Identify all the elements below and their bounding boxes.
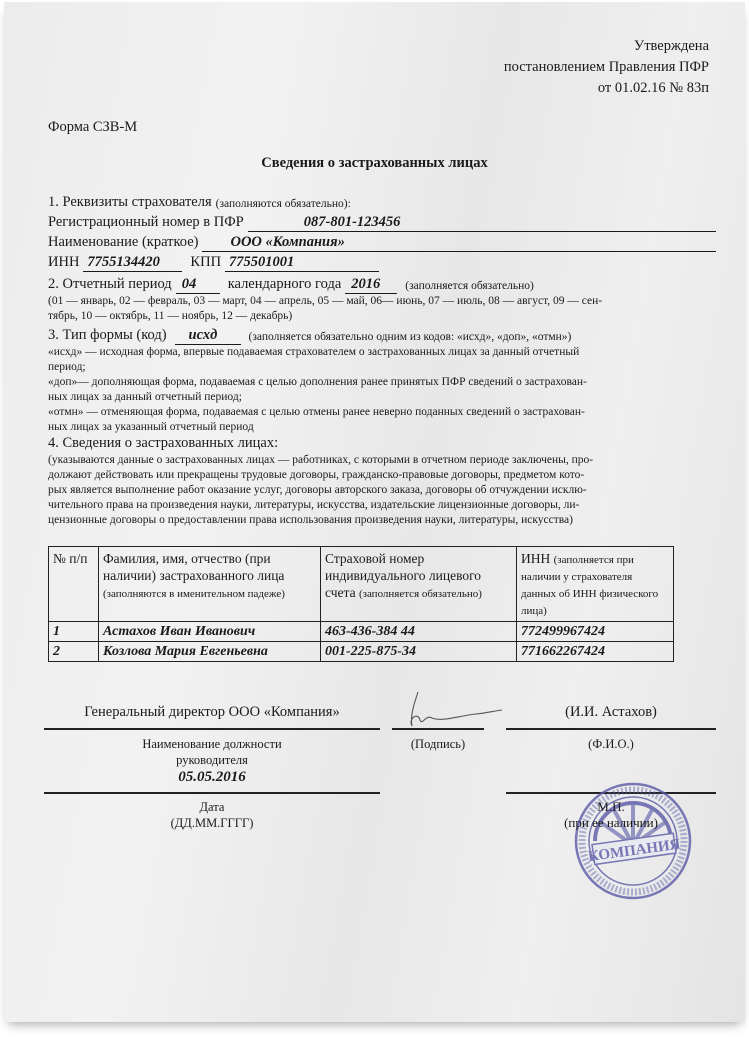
year-field[interactable]: 2016 (345, 276, 397, 294)
fio-caption: (Ф.И.О.) (506, 736, 716, 752)
fio-line (506, 728, 716, 730)
section-insurer-details: 1. Реквизиты страхователя (заполняются о… (48, 192, 716, 272)
period-note: (заполняется обязательно) (405, 279, 534, 294)
section1-note: (заполняются обязательно): (216, 197, 351, 212)
approval-line: Утверждена (504, 36, 709, 57)
table-header-row: № п/п Фамилия, имя, отчество (при наличи… (49, 547, 674, 622)
form-type-desc-line: ных лицах за данный отчетный период; (48, 390, 716, 405)
section4-desc-line: (указываются данные о застрахованных лиц… (48, 453, 716, 468)
form-type-desc-line: ных лицах за указанный отчетный период (48, 420, 716, 435)
cell-inn[interactable]: 772499967424 (517, 622, 674, 642)
form-type-desc-line: период; (48, 360, 716, 375)
year-label: календарного года (228, 275, 342, 294)
document-title: Сведения о застрахованных лицах (4, 155, 745, 172)
form-type-label: 3. Тип формы (код) (48, 326, 167, 345)
section4-desc-line: чительного права на произведения науки, … (48, 498, 716, 513)
col-header-snils: Страховой номер индивидуального лицевого… (321, 547, 517, 622)
reg-number-label: Регистрационный номер в ПФР (48, 213, 244, 232)
position-line (44, 728, 380, 730)
section4-desc-line: должают действовать или прекращены трудо… (48, 468, 716, 483)
inn-field[interactable]: 7755134420 (83, 254, 182, 272)
form-type-note: (заполняется обязательно одним из кодов:… (249, 330, 572, 345)
position-value[interactable]: Генеральный директор ООО «Компания» (44, 704, 380, 721)
section-insured-persons: 4. Сведения о застрахованных лицах: (ука… (48, 434, 716, 528)
section1-heading: 1. Реквизиты страхователя (48, 193, 212, 212)
table-row: 1 Астахов Иван Иванович 463-436-384 44 7… (49, 622, 674, 642)
approval-line: от 01.02.16 № 83п (504, 78, 709, 99)
cell-number[interactable]: 1 (49, 622, 99, 642)
months-legend-line: тябрь, 10 — октябрь, 11 — ноябрь, 12 — д… (48, 309, 716, 324)
cell-number[interactable]: 2 (49, 642, 99, 662)
stamp-caption: М.П. (при ее наличии) (506, 799, 716, 831)
col-header-number: № п/п (49, 547, 99, 622)
kpp-label: КПП (190, 253, 221, 272)
months-legend-line: (01 — январь, 02 — февраль, 03 — март, 0… (48, 294, 716, 309)
inn-label: ИНН (48, 253, 79, 272)
cell-inn[interactable]: 771662267424 (517, 642, 674, 662)
approval-line: постановлением Правления ПФР (504, 57, 709, 78)
section4-desc-line: цензионные договоры о предоставлении пра… (48, 513, 716, 528)
short-name-field[interactable]: ООО «Компания» (202, 234, 716, 252)
section4-desc-line: рых является выполнение работ оказание у… (48, 483, 716, 498)
approval-block: Утверждена постановлением Правления ПФР … (504, 36, 709, 99)
signature-caption: (Подпись) (392, 736, 484, 752)
form-type-desc-line: «отмн» — отменяющая форма, подаваемая с … (48, 405, 716, 420)
cell-name[interactable]: Астахов Иван Иванович (99, 622, 321, 642)
section4-heading: 4. Сведения о застрахованных лицах: (48, 434, 716, 453)
signature-line (392, 728, 484, 730)
form-type-desc-line: «исхд» — исходная форма, впервые подавае… (48, 345, 716, 360)
cell-name[interactable]: Козлова Мария Евгеньевна (99, 642, 321, 662)
document-page: Утверждена постановлением Правления ПФР … (4, 2, 745, 1022)
form-type-field[interactable]: исхд (175, 327, 241, 345)
signature-scribble (396, 690, 506, 732)
cell-snils[interactable]: 463-436-384 44 (321, 622, 517, 642)
period-field[interactable]: 04 (176, 276, 220, 294)
date-value[interactable]: 05.05.2016 (44, 769, 380, 786)
col-header-name: Фамилия, имя, отчество (при наличии) зас… (99, 547, 321, 622)
form-type-desc-line: «доп»— дополняющая форма, подаваемая с ц… (48, 375, 716, 390)
form-name: Форма СЗВ-М (48, 119, 137, 136)
kpp-field[interactable]: 775501001 (225, 254, 379, 272)
position-caption: Наименование должности руководителя (44, 736, 380, 768)
section-form-type: 3. Тип формы (код) исхд (заполняется обя… (48, 325, 716, 435)
period-label: 2. Отчетный период (48, 275, 172, 294)
section-reporting-period: 2. Отчетный период 04 календарного года … (48, 274, 716, 324)
col-header-inn: ИНН (заполняется при наличии у страховат… (517, 547, 674, 622)
cell-snils[interactable]: 001-225-875-34 (321, 642, 517, 662)
insured-persons-table: № п/п Фамилия, имя, отчество (при наличи… (48, 546, 674, 662)
short-name-label: Наименование (краткое) (48, 233, 198, 252)
fio-value[interactable]: (И.И. Астахов) (506, 704, 716, 721)
date-line (44, 792, 380, 794)
reg-number-field[interactable]: 087-801-123456 (248, 214, 716, 232)
date-caption: Дата (ДД.ММ.ГГГГ) (44, 799, 380, 831)
table-row: 2 Козлова Мария Евгеньевна 001-225-875-3… (49, 642, 674, 662)
